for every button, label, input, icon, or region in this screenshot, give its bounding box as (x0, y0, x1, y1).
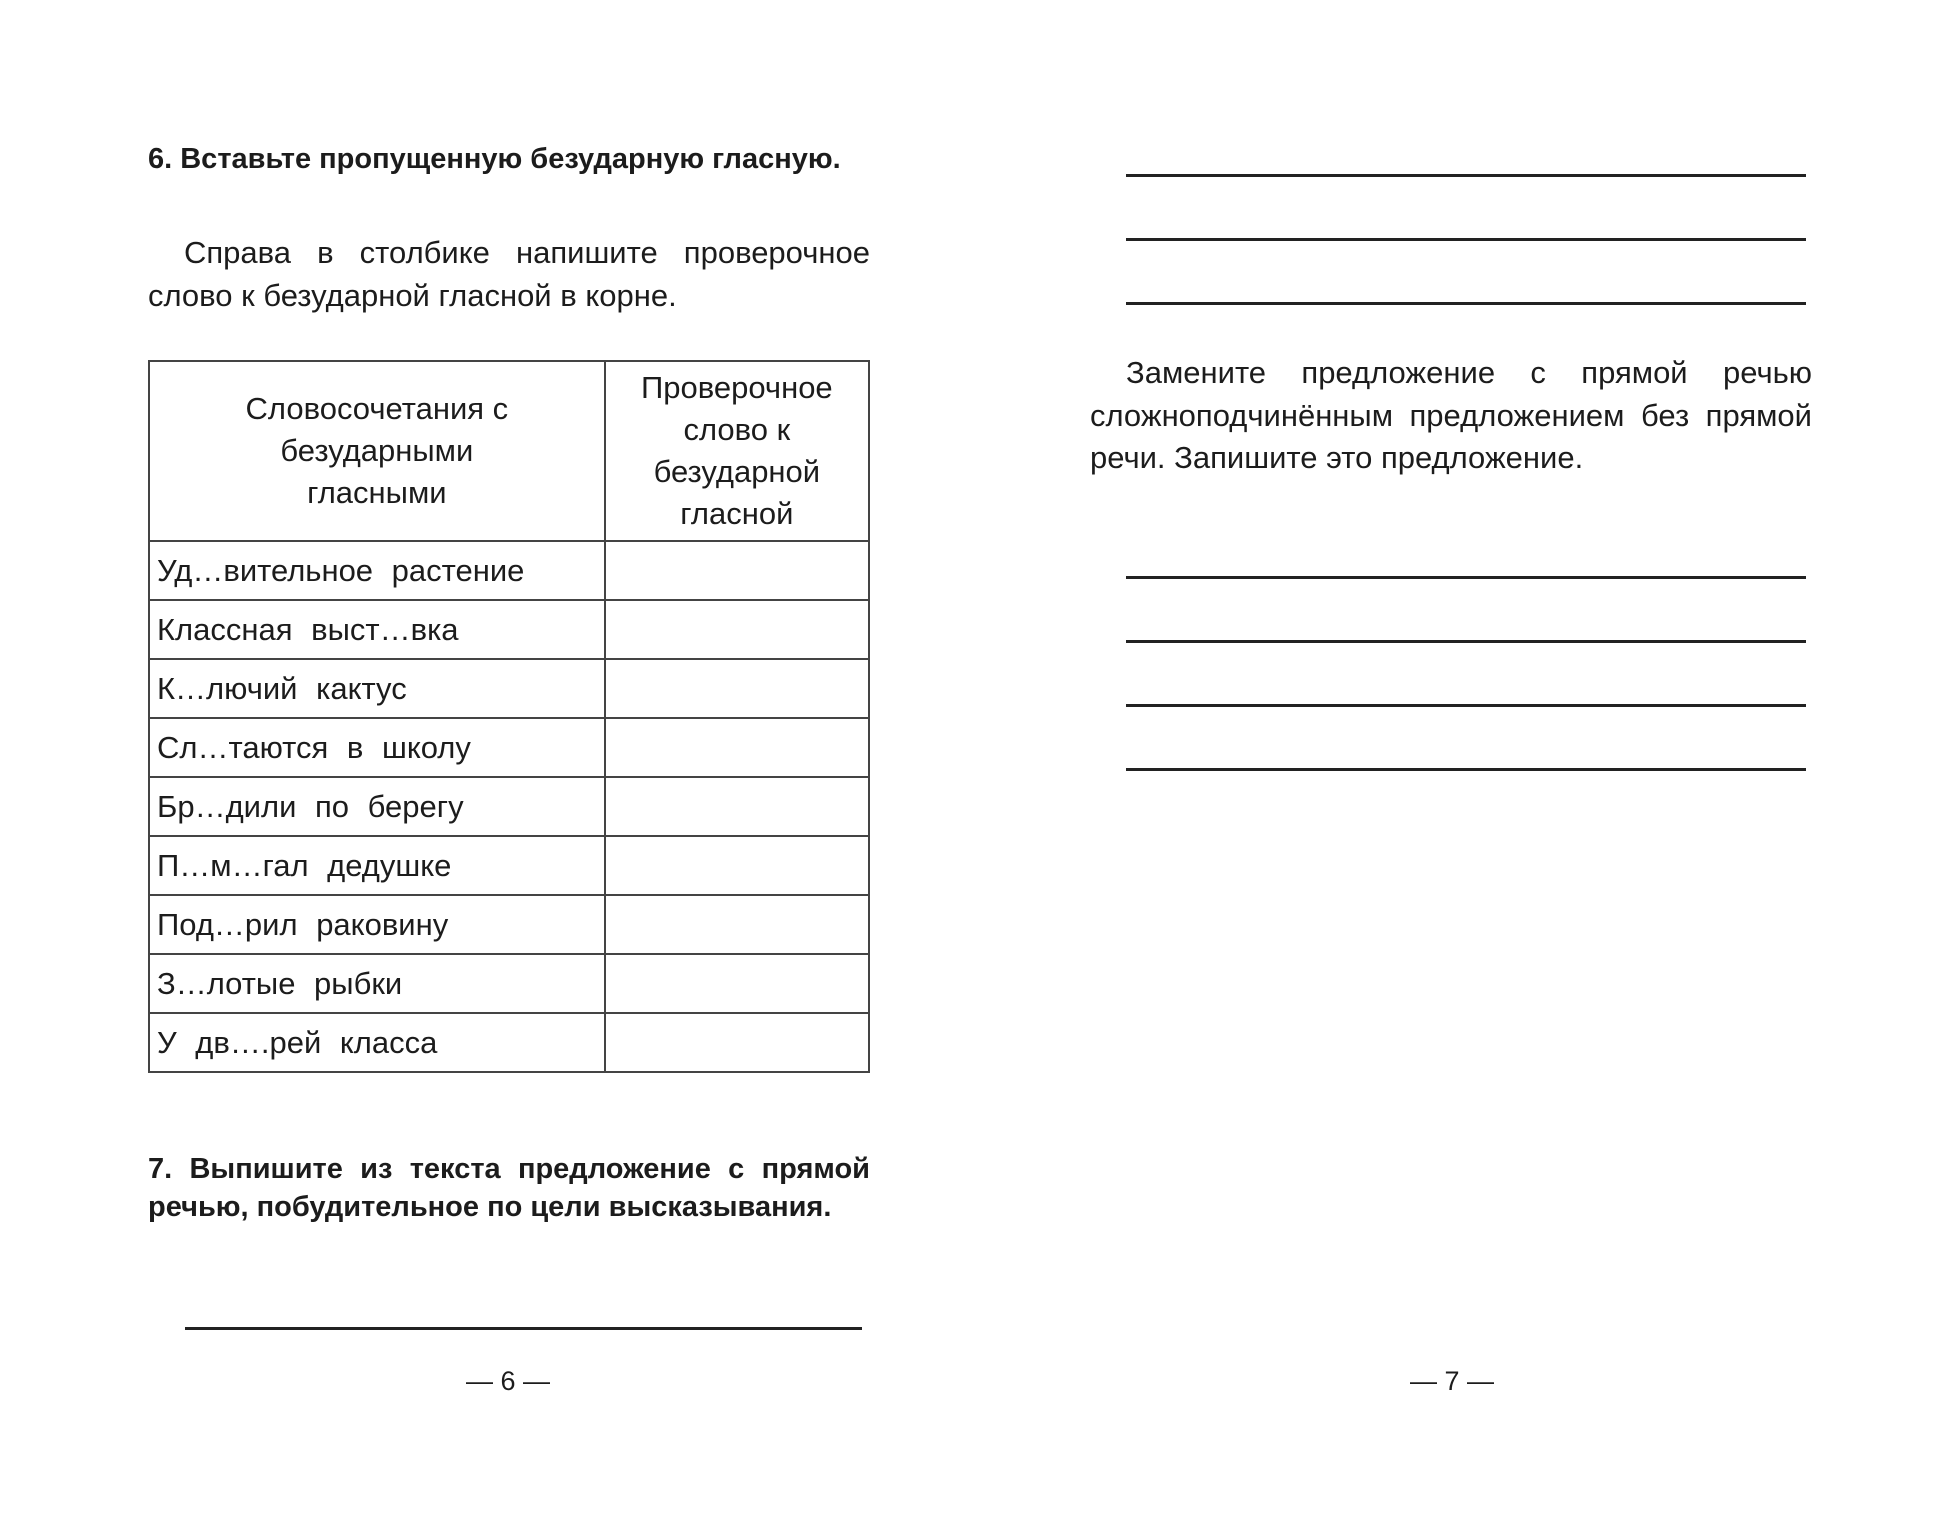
table-row: Уд…вительное растение (149, 541, 869, 600)
phrase-cell: Классная выст…вка (149, 600, 605, 659)
vowel-table: Словосочетания с безударными гласными Пр… (148, 360, 870, 1073)
answer-line[interactable] (1126, 576, 1806, 579)
phrase-cell: У дв….рей класса (149, 1013, 605, 1072)
phrase-cell: Уд…вительное растение (149, 541, 605, 600)
replace-speech-instruction: Замените предложение с прямой речью слож… (1090, 352, 1812, 480)
task-7-title: 7. Выпишите из текста предложение с прям… (148, 1150, 870, 1226)
check-word-cell[interactable] (605, 600, 869, 659)
phrase-cell: Сл…таются в школу (149, 718, 605, 777)
answer-line[interactable] (1126, 302, 1806, 305)
check-word-cell[interactable] (605, 718, 869, 777)
table-row: Под…рил раковину (149, 895, 869, 954)
table-row: П…м…гал дедушке (149, 836, 869, 895)
task-7-answer-line[interactable] (185, 1327, 862, 1330)
check-word-cell[interactable] (605, 895, 869, 954)
check-word-cell[interactable] (605, 954, 869, 1013)
check-word-cell[interactable] (605, 1013, 869, 1072)
answer-line[interactable] (1126, 704, 1806, 707)
table-row: Сл…таются в школу (149, 718, 869, 777)
table-row: Классная выст…вка (149, 600, 869, 659)
check-word-cell[interactable] (605, 777, 869, 836)
header-phrases: Словосочетания с безударными гласными (149, 361, 605, 541)
page-number-right: — 7 — (1352, 1366, 1552, 1397)
table-row: К…лючий кактус (149, 659, 869, 718)
check-word-cell[interactable] (605, 659, 869, 718)
table-row: У дв….рей класса (149, 1013, 869, 1072)
task-6-title: 6. Вставьте пропущенную безударную гласн… (148, 140, 870, 178)
phrase-cell: К…лючий кактус (149, 659, 605, 718)
answer-line[interactable] (1126, 768, 1806, 771)
task-6-instruction: Справа в столбике напишите проверочное с… (148, 232, 870, 317)
answer-line[interactable] (1126, 238, 1806, 241)
table-header-row: Словосочетания с безударными гласными Пр… (149, 361, 869, 541)
table-row: З…лотые рыбки (149, 954, 869, 1013)
header-check-word: Проверочное слово к безударной гласной (605, 361, 869, 541)
check-word-cell[interactable] (605, 541, 869, 600)
phrase-cell: Бр…дили по берегу (149, 777, 605, 836)
phrase-cell: З…лотые рыбки (149, 954, 605, 1013)
check-word-cell[interactable] (605, 836, 869, 895)
table-row: Бр…дили по берегу (149, 777, 869, 836)
phrase-cell: П…м…гал дедушке (149, 836, 605, 895)
phrase-cell: Под…рил раковину (149, 895, 605, 954)
answer-line[interactable] (1126, 640, 1806, 643)
answer-line[interactable] (1126, 174, 1806, 177)
page-number-left: — 6 — (408, 1366, 608, 1397)
